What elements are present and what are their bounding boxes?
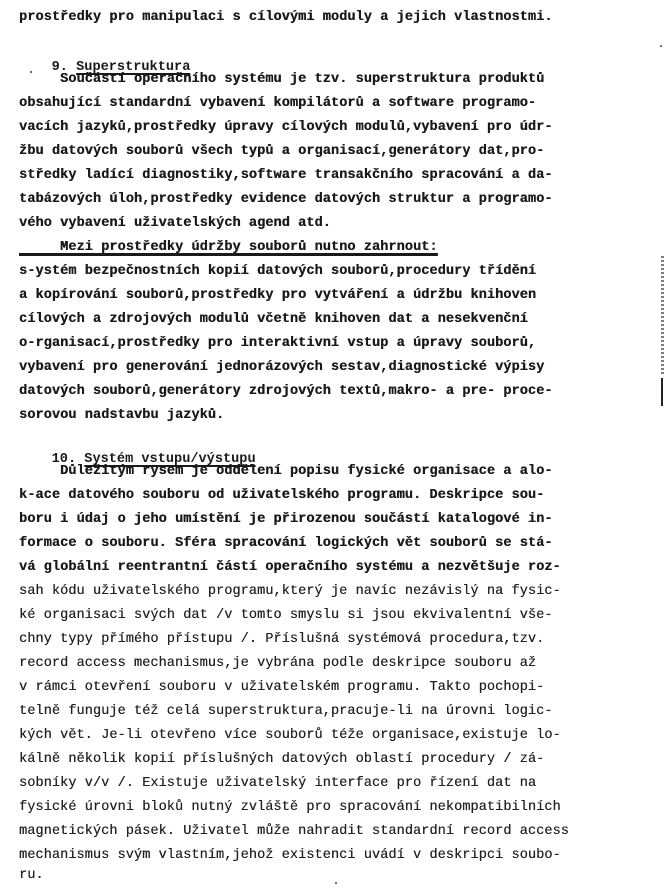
paragraph-line: tabázových úloh,prostředky evidence dato…: [19, 192, 553, 208]
paragraph-line: o-rganisací,prostředky pro interaktivní …: [19, 336, 536, 352]
paragraph-line: sorovou nadstavbu jazyků.: [19, 408, 224, 424]
scan-speck: [30, 71, 32, 73]
paragraph-line: formace o souboru. Sféra spracování logi…: [19, 536, 553, 552]
paragraph-line: ru.: [19, 868, 44, 884]
paragraph-line: sah kódu uživatelského programu,který je…: [19, 584, 561, 600]
paragraph-line: telně funguje též celá superstruktura,pr…: [19, 704, 553, 720]
paragraph-line: boru i údaj o jeho umístění je přirozeno…: [19, 512, 553, 528]
scan-speck: [660, 45, 662, 47]
paragraph-line: datových souborů,generátory zdrojových t…: [19, 384, 553, 400]
typewritten-page: prostředky pro manipulaci s cílovými mod…: [0, 0, 669, 892]
paragraph-line: Součástí operačního systému je tzv. supe…: [19, 72, 544, 88]
paragraph-line: a kopírování souborů,prostředky pro vytv…: [19, 288, 536, 304]
text-line: prostředky pro manipulaci s cílovými mod…: [19, 10, 553, 26]
paragraph-line: středky ladící diagnostiky,software tran…: [19, 168, 553, 184]
paragraph-line: kálně několik kopií příslušných datových…: [19, 752, 544, 768]
paragraph-line: sobníky v/v /. Existuje uživatelský inte…: [19, 776, 536, 792]
paragraph-line: v rámci otevření souboru v uživatelském …: [19, 680, 544, 696]
paragraph-line: obsahující standardní vybavení kompiláto…: [19, 96, 536, 112]
subheading-text: Mezi prostředky údržby souborů nutno zah…: [19, 240, 438, 255]
paragraph-line: ké organisaci svých dat /v tomto smyslu …: [19, 608, 553, 624]
paragraph-line: k-ace datového souboru od uživatelského …: [19, 488, 544, 504]
paragraph-line: fysické úrovni bloků nutný zvláště pro s…: [19, 800, 561, 816]
margin-scan-artifact: [661, 256, 664, 376]
paragraph-line: kých vět. Je-li otevřeno více souborů té…: [19, 728, 561, 744]
scan-speck: [335, 882, 337, 884]
paragraph-line: magnetických pásek. Uživatel může nahrad…: [19, 824, 569, 840]
paragraph-line: chny typy přímého přístupu /. Příslušná …: [19, 632, 544, 648]
paragraph-line: vá globální reentrantní částí operačního…: [19, 560, 561, 576]
paragraph-line: vého vybavení uživatelských agend atd.: [19, 216, 331, 232]
paragraph-line: cílových a zdrojových modulů včetně knih…: [19, 312, 528, 328]
margin-scan-artifact: [661, 378, 663, 406]
paragraph-line: record access mechanismus,je vybrána pod…: [19, 656, 536, 672]
paragraph-line: Důležitým rysem je oddělení popisu fysic…: [19, 464, 553, 480]
paragraph-line: s-ystém bezpečnostních kopií datových so…: [19, 264, 536, 280]
underlined-subheading: Mezi prostředky údržby souborů nutno zah…: [19, 240, 438, 256]
paragraph-line: žbu datových souborů všech typů a organi…: [19, 144, 544, 160]
paragraph-line: vybavení pro generování jednorázových se…: [19, 360, 544, 376]
paragraph-line: vacích jazyků,prostředky úpravy cílových…: [19, 120, 553, 136]
paragraph-line: mechanismus svým vlastním,jehož existenc…: [19, 848, 561, 864]
